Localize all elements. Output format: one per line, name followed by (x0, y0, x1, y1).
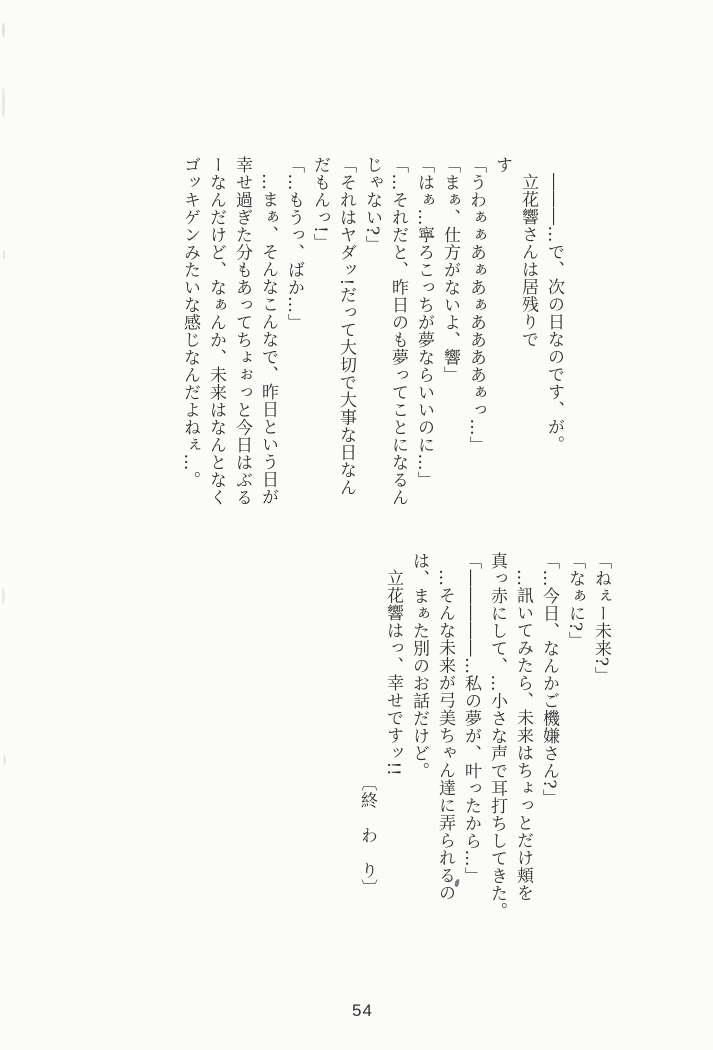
text-line: 「まぁ、仕方がないよ、響」 (437, 156, 463, 518)
text-line: 立花響はっ、幸せですッ!! (380, 552, 406, 896)
text-line: …そんな未来が弓美ちゃん達に弄られるの (432, 552, 458, 896)
text-line: 真っ赤にして、…小さな声で耳打ちしてきた。 (484, 552, 510, 896)
text-line: 「それはヤダッ!だって大切で大事な日なん (333, 156, 359, 518)
text-line: ―――…で、次の日なのです、が。 (541, 156, 567, 518)
text-line: …訊いてみたら、未来はちょっとだけ頬を (510, 552, 536, 896)
text-line: 「なぁに?」 (562, 552, 588, 896)
scan-artifact (3, 754, 6, 766)
scan-artifact (2, 88, 5, 118)
text-line: 「…もうっ、ばか…」 (281, 156, 307, 518)
page-number: 54 (352, 1001, 373, 1021)
text-line: 「…それだと、昨日のも夢ってことになるん (385, 156, 411, 518)
text-line: 「うわぁぁあぁあぁああああぁっ…」 (463, 156, 489, 518)
scan-artifact (3, 250, 5, 260)
scan-artifact (2, 22, 5, 38)
text-line: 「…今日、なんかご機嫌さん?」 (536, 552, 562, 896)
text-line: ーなんだけど、なぁんか、未来はなんとなく (203, 156, 229, 518)
text-line: 「―――――…私の夢が、叶ったから…」 (458, 552, 484, 896)
text-line: 立花響さんは居残りで (515, 156, 541, 518)
text-line: ゴッキゲンみたいな感じなんだよねぇ…。 (177, 156, 203, 518)
text-line: 「はぁ…寧ろこっちが夢ならいいのに…」 (411, 156, 437, 518)
text-line: 幸せ過ぎた分もあってちょぉっと今日はぶる (229, 156, 255, 518)
text-block-top: ―――…で、次の日なのです、が。 立花響さんは居残りで す 「うわぁぁあぁあぁあ… (177, 156, 567, 518)
text-line: は、まぁた別のお話だけど。 (406, 552, 432, 896)
scan-artifact (2, 588, 5, 604)
text-line: だもんっ!」 (307, 156, 333, 518)
text-block-bottom: 「ねぇー未来?」 「なぁに?」 「…今日、なんかご機嫌さん?」 …訊いてみたら、… (354, 552, 614, 896)
text-line: す (489, 156, 515, 518)
text-line: 「ねぇー未来?」 (588, 552, 614, 896)
text-line: じゃない?」 (359, 156, 385, 518)
story-end-marker: 〔終 わ り〕 (354, 552, 380, 896)
text-line: …まぁ、そんなこんなで、昨日という日が (255, 156, 281, 518)
scanned-page: ―――…で、次の日なのです、が。 立花響さんは居残りで す 「うわぁぁあぁあぁあ… (0, 0, 713, 1050)
